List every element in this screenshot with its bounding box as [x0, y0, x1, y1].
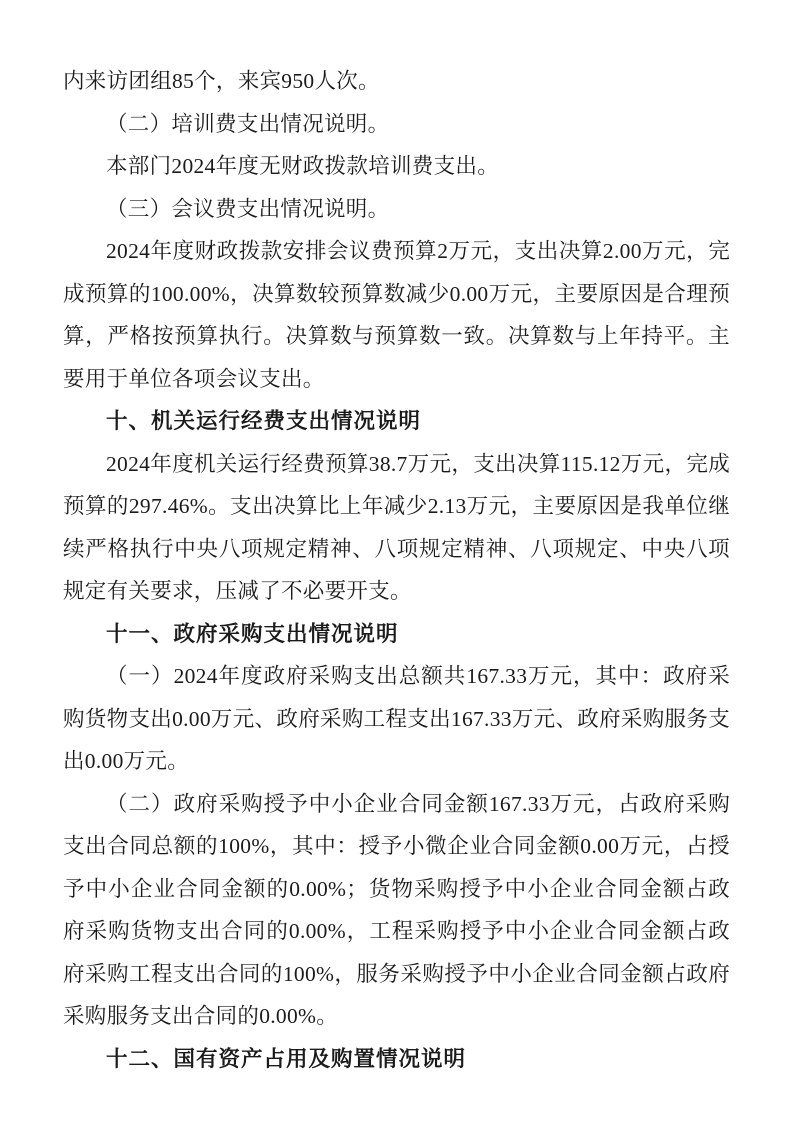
body-paragraph: 2024年度机关运行经费预算38.7万元，支出决算115.12万元，完成预算的2…	[63, 443, 730, 613]
section-heading: 十一、政府采购支出情况说明	[63, 613, 730, 656]
document-page: 内来访团组85个，来宾950人次。（二）培训费支出情况说明。本部门2024年度无…	[0, 0, 793, 1122]
body-paragraph: （三）会议费支出情况说明。	[63, 188, 730, 231]
section-heading: 十、机关运行经费支出情况说明	[63, 400, 730, 443]
body-paragraph: 本部门2024年度无财政拨款培训费支出。	[63, 145, 730, 188]
document-content: 内来访团组85个，来宾950人次。（二）培训费支出情况说明。本部门2024年度无…	[63, 60, 730, 1080]
body-paragraph: （一）2024年度政府采购支出总额共167.33万元，其中：政府采购货物支出0.…	[63, 655, 730, 783]
body-paragraph: （二）政府采购授予中小企业合同金额167.33万元，占政府采购支出合同总额的10…	[63, 783, 730, 1038]
body-paragraph: （二）培训费支出情况说明。	[63, 103, 730, 146]
body-paragraph: 内来访团组85个，来宾950人次。	[63, 60, 730, 103]
body-paragraph: 2024年度财政拨款安排会议费预算2万元，支出决算2.00万元，完成预算的100…	[63, 230, 730, 400]
section-heading: 十二、国有资产占用及购置情况说明	[63, 1038, 730, 1081]
